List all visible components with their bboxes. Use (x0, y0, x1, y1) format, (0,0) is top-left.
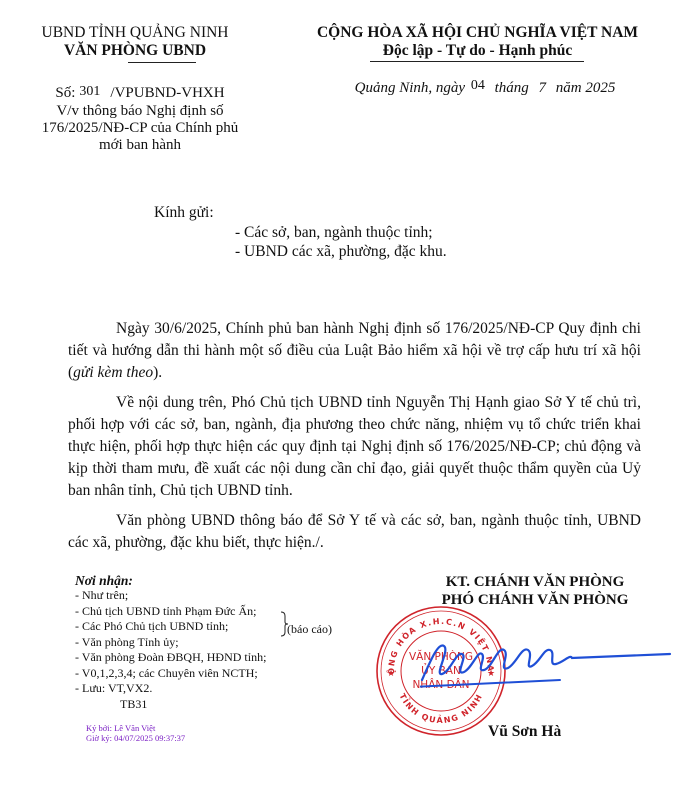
document-number: Số:301/VPUBND-VHXH (40, 84, 240, 103)
distribution-item: - Lưu: VT,VX2. (75, 681, 365, 697)
date-month-label: tháng (495, 80, 529, 96)
distribution-list: Nơi nhận: - Như trên; - Chủ tịch UBND tỉ… (75, 573, 365, 712)
distribution-item: - Chủ tịch UBND tỉnh Phạm Đức Ấn; (75, 604, 365, 620)
recipients-label: Kính gửi: (154, 204, 214, 222)
subject-line: V/v thông báo Nghị định số (40, 103, 240, 120)
nation-title: CỘNG HÒA XÃ HỘI CHỦ NGHĨA VIỆT NAM (300, 24, 655, 42)
svg-text:★: ★ (387, 668, 395, 678)
issuing-agency: UBND TỈNH QUẢNG NINH VĂN PHÒNG UBND (40, 24, 230, 60)
distribution-item: - Văn phòng Đoàn ĐBQH, HĐND tỉnh; (75, 650, 365, 666)
national-motto: Độc lập - Tự do - Hạnh phúc (300, 42, 655, 60)
handwritten-signature-icon (420, 632, 672, 692)
p1-italic: gửi kèm theo (73, 364, 153, 381)
agency-name: VĂN PHÒNG UBND (40, 42, 230, 60)
motto-underline (370, 61, 584, 62)
date-line: Quảng Ninh, ngày 04 tháng 7 năm 2025 (300, 80, 670, 97)
recipients-list: - Các sở, ban, ngành thuộc tỉnh; - UBND … (235, 223, 447, 261)
date-day: 04 (471, 78, 485, 93)
doc-no-value: 301 (79, 83, 100, 101)
distribution-item: - V0,1,2,3,4; các Chuyên viên NCTH; (75, 666, 365, 682)
report-note: (báo cáo) (287, 622, 332, 637)
body-paragraph-3: Văn phòng UBND thông báo để Sở Y tế và c… (68, 510, 641, 554)
signed-by: Ký bởi: Lê Văn Việt (86, 723, 185, 733)
recipient-item: - Các sở, ban, ngành thuộc tỉnh; (235, 223, 447, 242)
date-place: Quảng Ninh, ngày (355, 80, 465, 96)
digital-signature-info: Ký bởi: Lê Văn Việt Giờ ký: 04/07/2025 0… (86, 723, 185, 743)
agency-parent: UBND TỈNH QUẢNG NINH (40, 24, 230, 42)
signer-name: Vũ Sơn Hà (488, 723, 561, 741)
internal-code: TB31 (75, 697, 365, 712)
document-number-block: Số:301/VPUBND-VHXH V/v thông báo Nghị đị… (40, 84, 240, 154)
signed-at: Giờ ký: 04/07/2025 09:37:37 (86, 733, 185, 743)
body-paragraph-1: Ngày 30/6/2025, Chính phủ ban hành Nghị … (68, 318, 641, 384)
doc-no-prefix: Số: (55, 85, 75, 101)
date-year: năm 2025 (556, 80, 616, 96)
distribution-item: - Như trên; (75, 588, 365, 604)
doc-no-suffix: /VPUBND-VHXH (110, 85, 224, 101)
recipient-item: - UBND các xã, phường, đặc khu. (235, 242, 447, 261)
date-month: 7 (539, 80, 547, 96)
signature-title-line1: KT. CHÁNH VĂN PHÒNG (420, 573, 650, 591)
national-header: CỘNG HÒA XÃ HỘI CHỦ NGHĨA VIỆT NAM Độc l… (300, 24, 655, 60)
distribution-title: Nơi nhận: (75, 573, 365, 588)
body-paragraph-2: Về nội dung trên, Phó Chủ tịch UBND tỉnh… (68, 392, 641, 502)
agency-underline (128, 62, 196, 63)
p1-end: ). (153, 364, 162, 381)
subject-line: 176/2025/NĐ-CP của Chính phủ (40, 120, 240, 137)
subject-line: mới ban hành (40, 137, 240, 154)
